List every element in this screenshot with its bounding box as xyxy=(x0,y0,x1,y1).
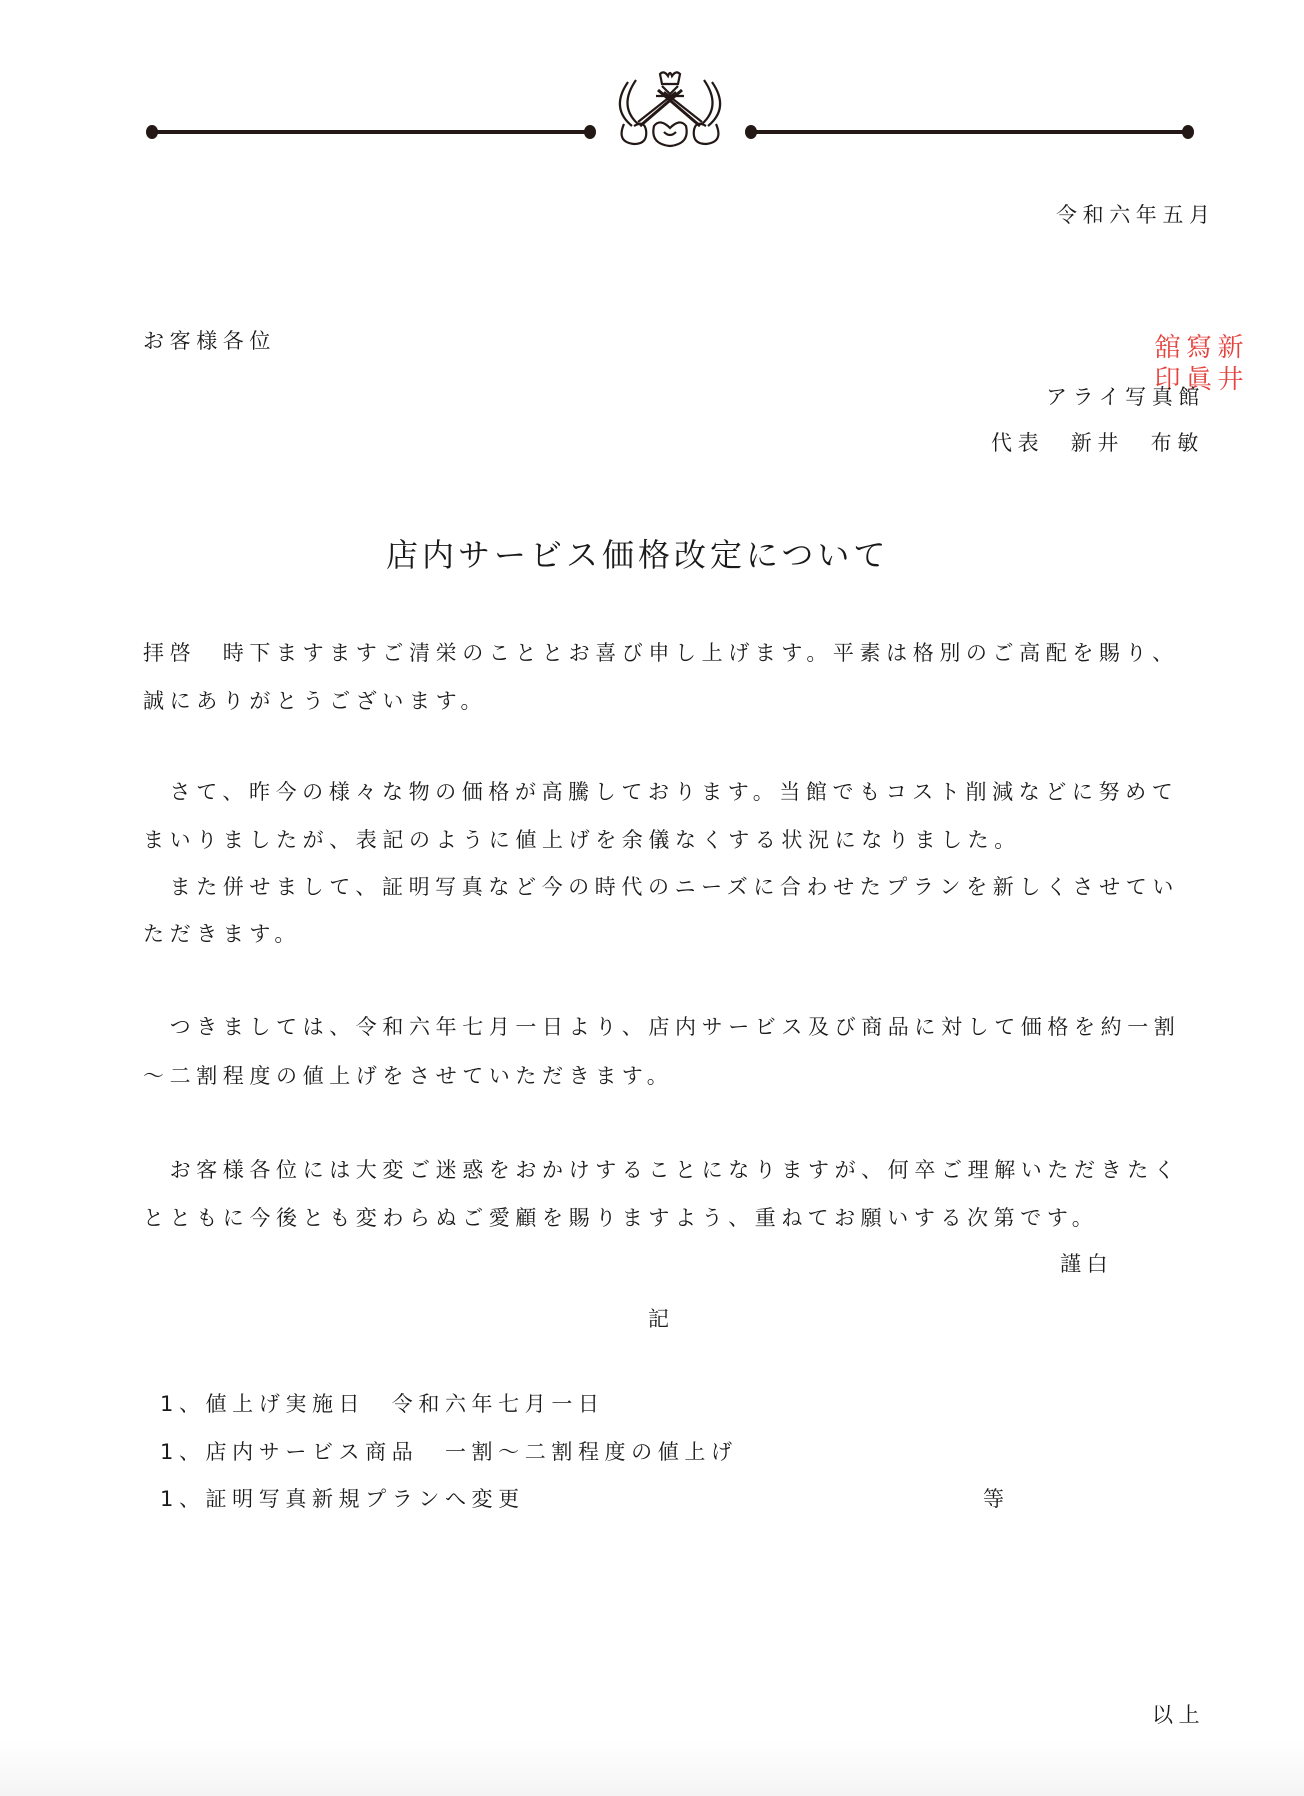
notes-item: 1、店内サービス商品 一割〜二割程度の値上げ xyxy=(160,1438,738,1466)
body-line: 〜二割程度の値上げをさせていただきます。 xyxy=(143,1062,673,1090)
sender-company: アライ写真館 xyxy=(1046,383,1205,411)
document-title: 店内サービス価格改定について xyxy=(386,535,889,575)
body-line: とともに今後とも変わらぬご愛顧を賜りますよう、重ねてお願いする次第です。 xyxy=(143,1204,1098,1232)
sender-representative: 代表 新井 布敏 xyxy=(991,429,1204,457)
ornament-line-left xyxy=(152,130,588,134)
body-line: お客様各位には大変ご迷惑をおかけすることになりますが、何卒ご理解いただきたく xyxy=(143,1156,1180,1184)
notes-end: 以上 xyxy=(1152,1701,1205,1729)
notes-item: 1、証明写真新規プランへ変更 xyxy=(160,1485,525,1513)
page-bottom-shade xyxy=(0,1740,1304,1796)
ornament-dot-right xyxy=(1182,125,1194,139)
ornament-line-right xyxy=(752,130,1188,134)
body-line: また併せまして、証明写真など今の時代のニーズに合わせたプランを新しくさせてい xyxy=(143,873,1179,901)
red-seal-stamp: 新井 寫眞 舘印 xyxy=(1150,333,1243,430)
closing-keigu: 謹白 xyxy=(1060,1250,1113,1278)
body-line: 拝啓 時下ますますご清栄のこととお喜び申し上げます。平素は格別のご高配を賜り、 xyxy=(143,639,1179,667)
body-line: 誠にありがとうございます。 xyxy=(143,687,487,715)
notes-heading: 記 xyxy=(648,1305,675,1333)
seal-column: 舘印 xyxy=(1150,333,1180,430)
flourish-icon xyxy=(588,68,752,148)
recipient: お客様各位 xyxy=(143,327,276,355)
document-date: 令和六年五月 xyxy=(1056,201,1216,229)
body-line: さて、昨今の様々な物の価格が高騰しております。当館でもコスト削減などに努めて xyxy=(143,778,1178,806)
notes-item: 1、値上げ実施日 令和六年七月一日 xyxy=(160,1390,605,1418)
body-line: つきましては、令和六年七月一日より、店内サービス及び商品に対して価格を約一割 xyxy=(143,1013,1180,1041)
body-line: まいりましたが、表記のように値上げを余儀なくする状況になりました。 xyxy=(143,826,1021,854)
body-line: ただきます。 xyxy=(143,920,301,948)
notes-etc: 等 xyxy=(983,1485,1010,1513)
